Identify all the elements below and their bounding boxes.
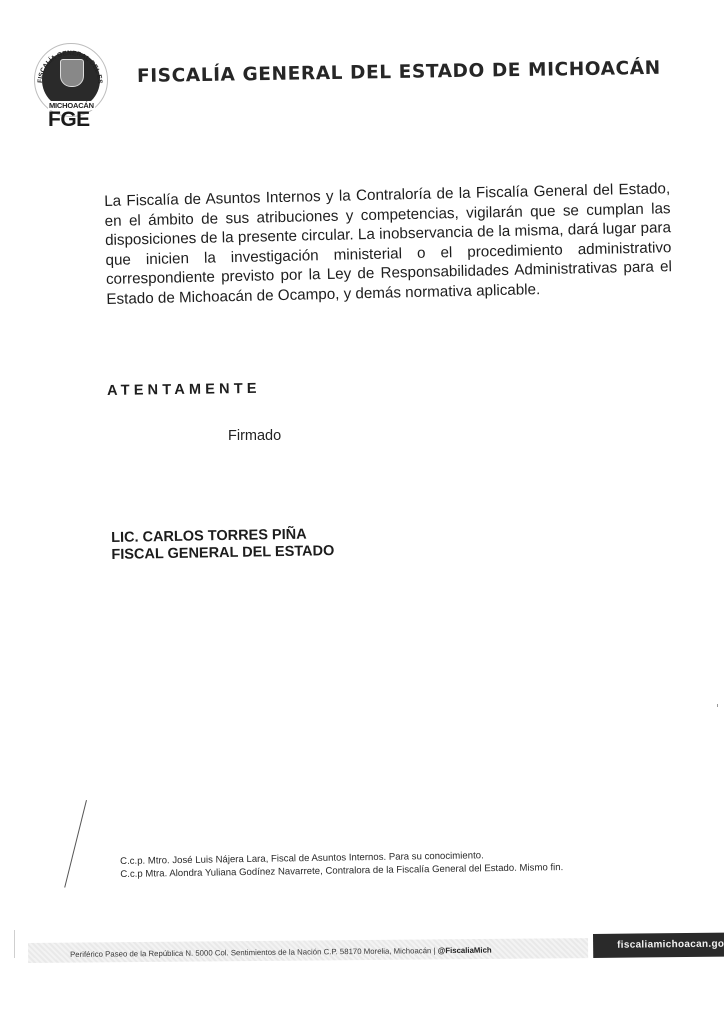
margin-stroke [64, 800, 87, 888]
footer-website-box: fiscaliamichoacan.go [593, 933, 724, 958]
document-page: FISCALÍA GENERAL DEL ESTADO MICHOACÁN FG… [0, 0, 724, 1024]
social-handle: @FiscaliaMich [438, 946, 492, 956]
institution-title: FISCALÍA GENERAL DEL ESTADO DE MICHOACÁN [137, 58, 661, 87]
closing-salutation: ATENTAMENTE [107, 381, 261, 399]
circular-paragraph: La Fiscalía de Asuntos Internos y la Con… [104, 179, 673, 309]
signer-position: FISCAL GENERAL DEL ESTADO [111, 543, 334, 564]
scan-speck [717, 704, 718, 707]
scan-mark [14, 930, 15, 958]
logo-acronym: FGE [48, 109, 90, 130]
signer-block: LIC. CARLOS TORRES PIÑA FISCAL GENERAL D… [111, 526, 334, 564]
fge-logo: FISCALÍA GENERAL DEL ESTADO MICHOACÁN FG… [30, 43, 122, 135]
carbon-copy-list: C.c.p. Mtro. José Luis Nájera Lara, Fisc… [120, 848, 563, 881]
svg-text:FISCALÍA GENERAL DEL ESTADO: FISCALÍA GENERAL DEL ESTADO [34, 43, 103, 85]
website-url: fiscaliamichoacan.go [617, 939, 724, 951]
signature-note: Firmado [228, 428, 281, 444]
